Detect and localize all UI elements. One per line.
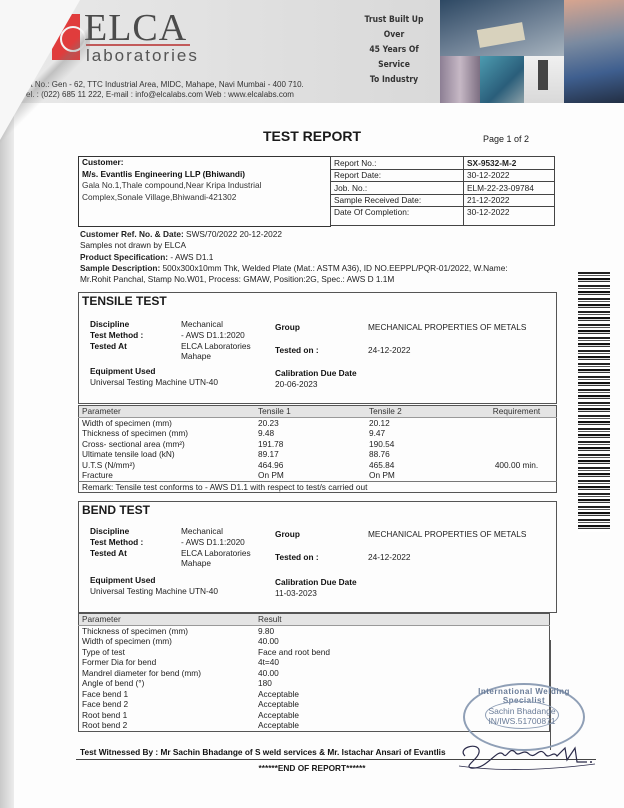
equipment-photo bbox=[480, 56, 524, 103]
calibration-due-value: 20-06-2023 bbox=[275, 379, 317, 390]
test-method-value: - AWS D1.1:2020 bbox=[181, 330, 245, 341]
tagline: Trust Built Up Over 45 Years Of Service … bbox=[357, 13, 432, 88]
table-row: Cross- sectional area (mm²)191.78190.54 bbox=[79, 439, 557, 450]
meta-row: Report Date:30-12-2022 bbox=[331, 169, 555, 182]
job-number: ELM-22-23-09784 bbox=[464, 182, 555, 195]
bend-test-section: BEND TEST Discipline Test Method : Teste… bbox=[78, 501, 557, 613]
section-title: TENSILE TEST bbox=[82, 294, 167, 308]
meta-row: Date Of Completion:30-12-2022 bbox=[331, 207, 555, 226]
customer-address: Gala No.1,Thale compound,Near Kripa Indu… bbox=[79, 180, 331, 192]
sample-info: Customer Ref. No. & Date: SWS/70/2022 20… bbox=[80, 229, 560, 285]
customer-label: Customer: bbox=[79, 157, 331, 169]
tested-on-value: 24-12-2022 bbox=[368, 345, 410, 356]
customer-address: Complex,Sonale Village,Bhiwandi-421302 bbox=[79, 192, 331, 204]
barcode bbox=[578, 272, 610, 532]
equipment-value: Universal Testing Machine UTN-40 bbox=[90, 377, 218, 388]
table-row: Type of testFace and root bend bbox=[79, 647, 550, 658]
report-title: TEST REPORT bbox=[0, 128, 624, 144]
sample-description: 500x300x10mm Thk, Welded Plate (Mat.: AS… bbox=[160, 263, 507, 273]
tensile-results-table: Parameter Tensile 1 Tensile 2 Requiremen… bbox=[78, 405, 557, 493]
table-row: Mandrel diameter for bend (mm)40.00 bbox=[79, 668, 550, 679]
page-fold bbox=[0, 0, 80, 140]
letterhead: ELCA laboratories Trust Built Up Over 45… bbox=[0, 0, 624, 103]
product-spec: - AWS D1.1 bbox=[168, 252, 213, 262]
test-method-value: - AWS D1.1:2020 bbox=[181, 537, 245, 548]
equipment-value: Universal Testing Machine UTN-40 bbox=[90, 586, 218, 597]
page-number: Page 1 of 2 bbox=[483, 134, 529, 144]
customer-name: M/s. Evantlis Engineering LLP (Bhiwandi) bbox=[79, 169, 331, 181]
tagline-line: Trust Built Up Over bbox=[357, 13, 432, 43]
completion-date: 30-12-2022 bbox=[464, 207, 555, 226]
stamp-name: Sachin Bhadange bbox=[486, 706, 558, 716]
calibration-due-value: 11-03-2023 bbox=[275, 588, 317, 599]
tested-at-value: ELCA Laboratories bbox=[181, 548, 251, 559]
table-row: Width of specimen (mm)40.00 bbox=[79, 636, 550, 647]
customer-box: Customer: M/s. Evantlis Engineering LLP … bbox=[78, 156, 331, 227]
table-row: U.T.S (N/mm²)464.96465.84400.00 min. bbox=[79, 460, 557, 471]
discipline-value: Mechanical bbox=[181, 319, 223, 330]
group-value: MECHANICAL PROPERTIES OF METALS bbox=[368, 322, 526, 333]
stamp-id: IN/IWS.51700871 bbox=[486, 716, 558, 726]
samples-note: Samples not drawn by ELCA bbox=[80, 240, 560, 251]
table-header: Parameter Tensile 1 Tensile 2 Requiremen… bbox=[79, 406, 557, 418]
tensile-test-section: TENSILE TEST Discipline Test Method : Te… bbox=[78, 292, 557, 404]
table-row: FractureOn PMOn PM bbox=[79, 470, 557, 481]
brand-sub: laboratories bbox=[86, 46, 199, 66]
report-number: SX-9532-M-2 bbox=[464, 157, 555, 170]
meta-row: Job. No.:ELM-22-23-09784 bbox=[331, 182, 555, 195]
tagline-line: To Industry bbox=[357, 73, 432, 88]
discipline-value: Mechanical bbox=[181, 526, 223, 537]
table-header: Parameter Result bbox=[79, 614, 550, 626]
meta-row: Sample Received Date:21-12-2022 bbox=[331, 194, 555, 207]
tagline-line: 45 Years Of Service bbox=[357, 43, 432, 73]
report-date: 30-12-2022 bbox=[464, 169, 555, 182]
electrical-photo bbox=[564, 0, 624, 103]
machine-photo bbox=[440, 0, 564, 56]
tested-at-value: ELCA Laboratories bbox=[181, 341, 251, 352]
remark-row: Remark: Tensile test conforms to - AWS D… bbox=[79, 481, 557, 493]
section-title: BEND TEST bbox=[82, 503, 150, 517]
table-row: Ultimate tensile load (kN)89.1788.76 bbox=[79, 449, 557, 460]
header-photo-collage bbox=[440, 0, 624, 103]
table-row: Thickness of specimen (mm)9.489.47 bbox=[79, 428, 557, 439]
customer-ref: SWS/70/2022 20-12-2022 bbox=[184, 229, 282, 239]
table-row: Thickness of specimen (mm)9.80 bbox=[79, 625, 550, 636]
press-photo bbox=[524, 56, 564, 103]
group-value: MECHANICAL PROPERTIES OF METALS bbox=[368, 529, 526, 540]
signature bbox=[457, 740, 597, 772]
report-meta-table: Report No.:SX-9532-M-2 Report Date:30-12… bbox=[330, 156, 555, 226]
tensile-remark: Remark: Tensile test conforms to - AWS D… bbox=[79, 481, 557, 493]
tested-on-value: 24-12-2022 bbox=[368, 552, 410, 563]
lab-photo bbox=[440, 56, 480, 103]
witness-line: Test Witnessed By : Mr Sachin Bhadange o… bbox=[80, 747, 446, 757]
sample-received-date: 21-12-2022 bbox=[464, 194, 555, 207]
table-row: Width of specimen (mm)20.2320.12 bbox=[79, 417, 557, 428]
sample-description-cont: Mr.Rohit Panchal, Stamp No.W01, Process:… bbox=[80, 274, 560, 285]
meta-row: Report No.:SX-9532-M-2 bbox=[331, 157, 555, 170]
table-row: Former Dia for bend4t=40 bbox=[79, 657, 550, 668]
